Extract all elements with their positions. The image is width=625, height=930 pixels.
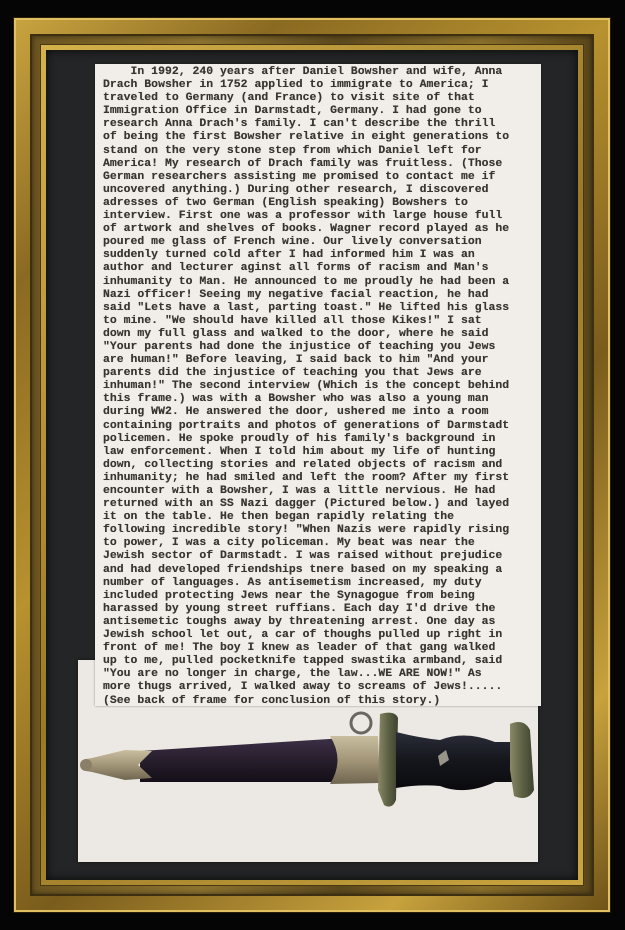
story-line: are human!" Before leaving, I said back … <box>103 353 543 366</box>
story-line: policemen. He spoke proudly of his famil… <box>103 432 543 445</box>
story-line: author and lecturer aginst all forms of … <box>103 261 543 274</box>
story-line: encounter with a Bowsher, I was a little… <box>103 484 543 497</box>
story-line: uncovered anything.) During other resear… <box>103 183 543 196</box>
story-line: poured me glass of French wine. Our live… <box>103 235 543 248</box>
story-line: In 1992, 240 years after Daniel Bowsher … <box>103 65 543 78</box>
story-line: antisemetic toughs away by threatening a… <box>103 615 543 628</box>
typewritten-story-text: In 1992, 240 years after Daniel Bowsher … <box>103 65 543 707</box>
story-line: "Your parents had done the injustice of … <box>103 340 543 353</box>
typewritten-story-sheet: In 1992, 240 years after Daniel Bowsher … <box>95 64 541 706</box>
story-line: returned with an SS Nazi dagger (Picture… <box>103 497 543 510</box>
story-line: traveled to Germany (and France) to visi… <box>103 91 543 104</box>
story-line: (See back of frame for conclusion of thi… <box>103 694 543 707</box>
story-line: adresses of two German (English speaking… <box>103 196 543 209</box>
story-line: front of me! The boy I knew as leader of… <box>103 641 543 654</box>
story-line: Drach Bowsher in 1752 applied to immigra… <box>103 78 543 91</box>
story-line: of being the first Bowsher relative in e… <box>103 130 543 143</box>
story-line: to mine. "We should have killed all thos… <box>103 314 543 327</box>
story-line: during WW2. He answered the door, ushere… <box>103 405 543 418</box>
story-line: suddenly turned cold after I had informe… <box>103 248 543 261</box>
story-line: interview. First one was a professor wit… <box>103 209 543 222</box>
story-line: to power, I was a city policeman. My bea… <box>103 536 543 549</box>
story-line: number of languages. As antisemetism inc… <box>103 576 543 589</box>
story-line: it on the table. He then began rapidly r… <box>103 510 543 523</box>
story-line: more thugs arrived, I walked away to scr… <box>103 680 543 693</box>
story-line: down my full glass and walked to the doo… <box>103 327 543 340</box>
story-line: inhumanity to Man. He announced to me pr… <box>103 275 543 288</box>
story-line: parents did the injustice of teaching yo… <box>103 366 543 379</box>
story-line: up to me, pulled pocketknife tapped swas… <box>103 654 543 667</box>
story-line: inhuman!" The second interview (Which is… <box>103 379 543 392</box>
story-line: of artwork and shelves of books. Wagner … <box>103 222 543 235</box>
story-line: containing portraits and photos of gener… <box>103 419 543 432</box>
story-line: harassed by young street ruffians. Each … <box>103 602 543 615</box>
story-line: following incredible story! "When Nazis … <box>103 523 543 536</box>
story-line: "You are no longer in charge, the law...… <box>103 667 543 680</box>
story-line: this frame.) was with a Bowsher who was … <box>103 392 543 405</box>
story-line: Nazi officer! Seeing my negative facial … <box>103 288 543 301</box>
story-line: German researchers assisting me promised… <box>103 170 543 183</box>
story-line: included protecting Jews near the Synago… <box>103 589 543 602</box>
story-line: down, collecting stories and related obj… <box>103 458 543 471</box>
story-line: said "Lets have a last, parting toast." … <box>103 301 543 314</box>
story-line: inhumanity; he had smiled and left the r… <box>103 471 543 484</box>
story-line: Jewish school let out, a car of thoughs … <box>103 628 543 641</box>
story-line: America! My research of Drach family was… <box>103 157 543 170</box>
story-line: Immigration Office in Darmstadt, Germany… <box>103 104 543 117</box>
story-line: stand on the very stone step from which … <box>103 144 543 157</box>
story-line: research Anna Drach's family. I can't de… <box>103 117 543 130</box>
story-line: law enforcement. When I told him about m… <box>103 445 543 458</box>
story-line: and had developed friendships tnere base… <box>103 563 543 576</box>
story-line: Jewish sector of Darmstadt. I was raised… <box>103 549 543 562</box>
